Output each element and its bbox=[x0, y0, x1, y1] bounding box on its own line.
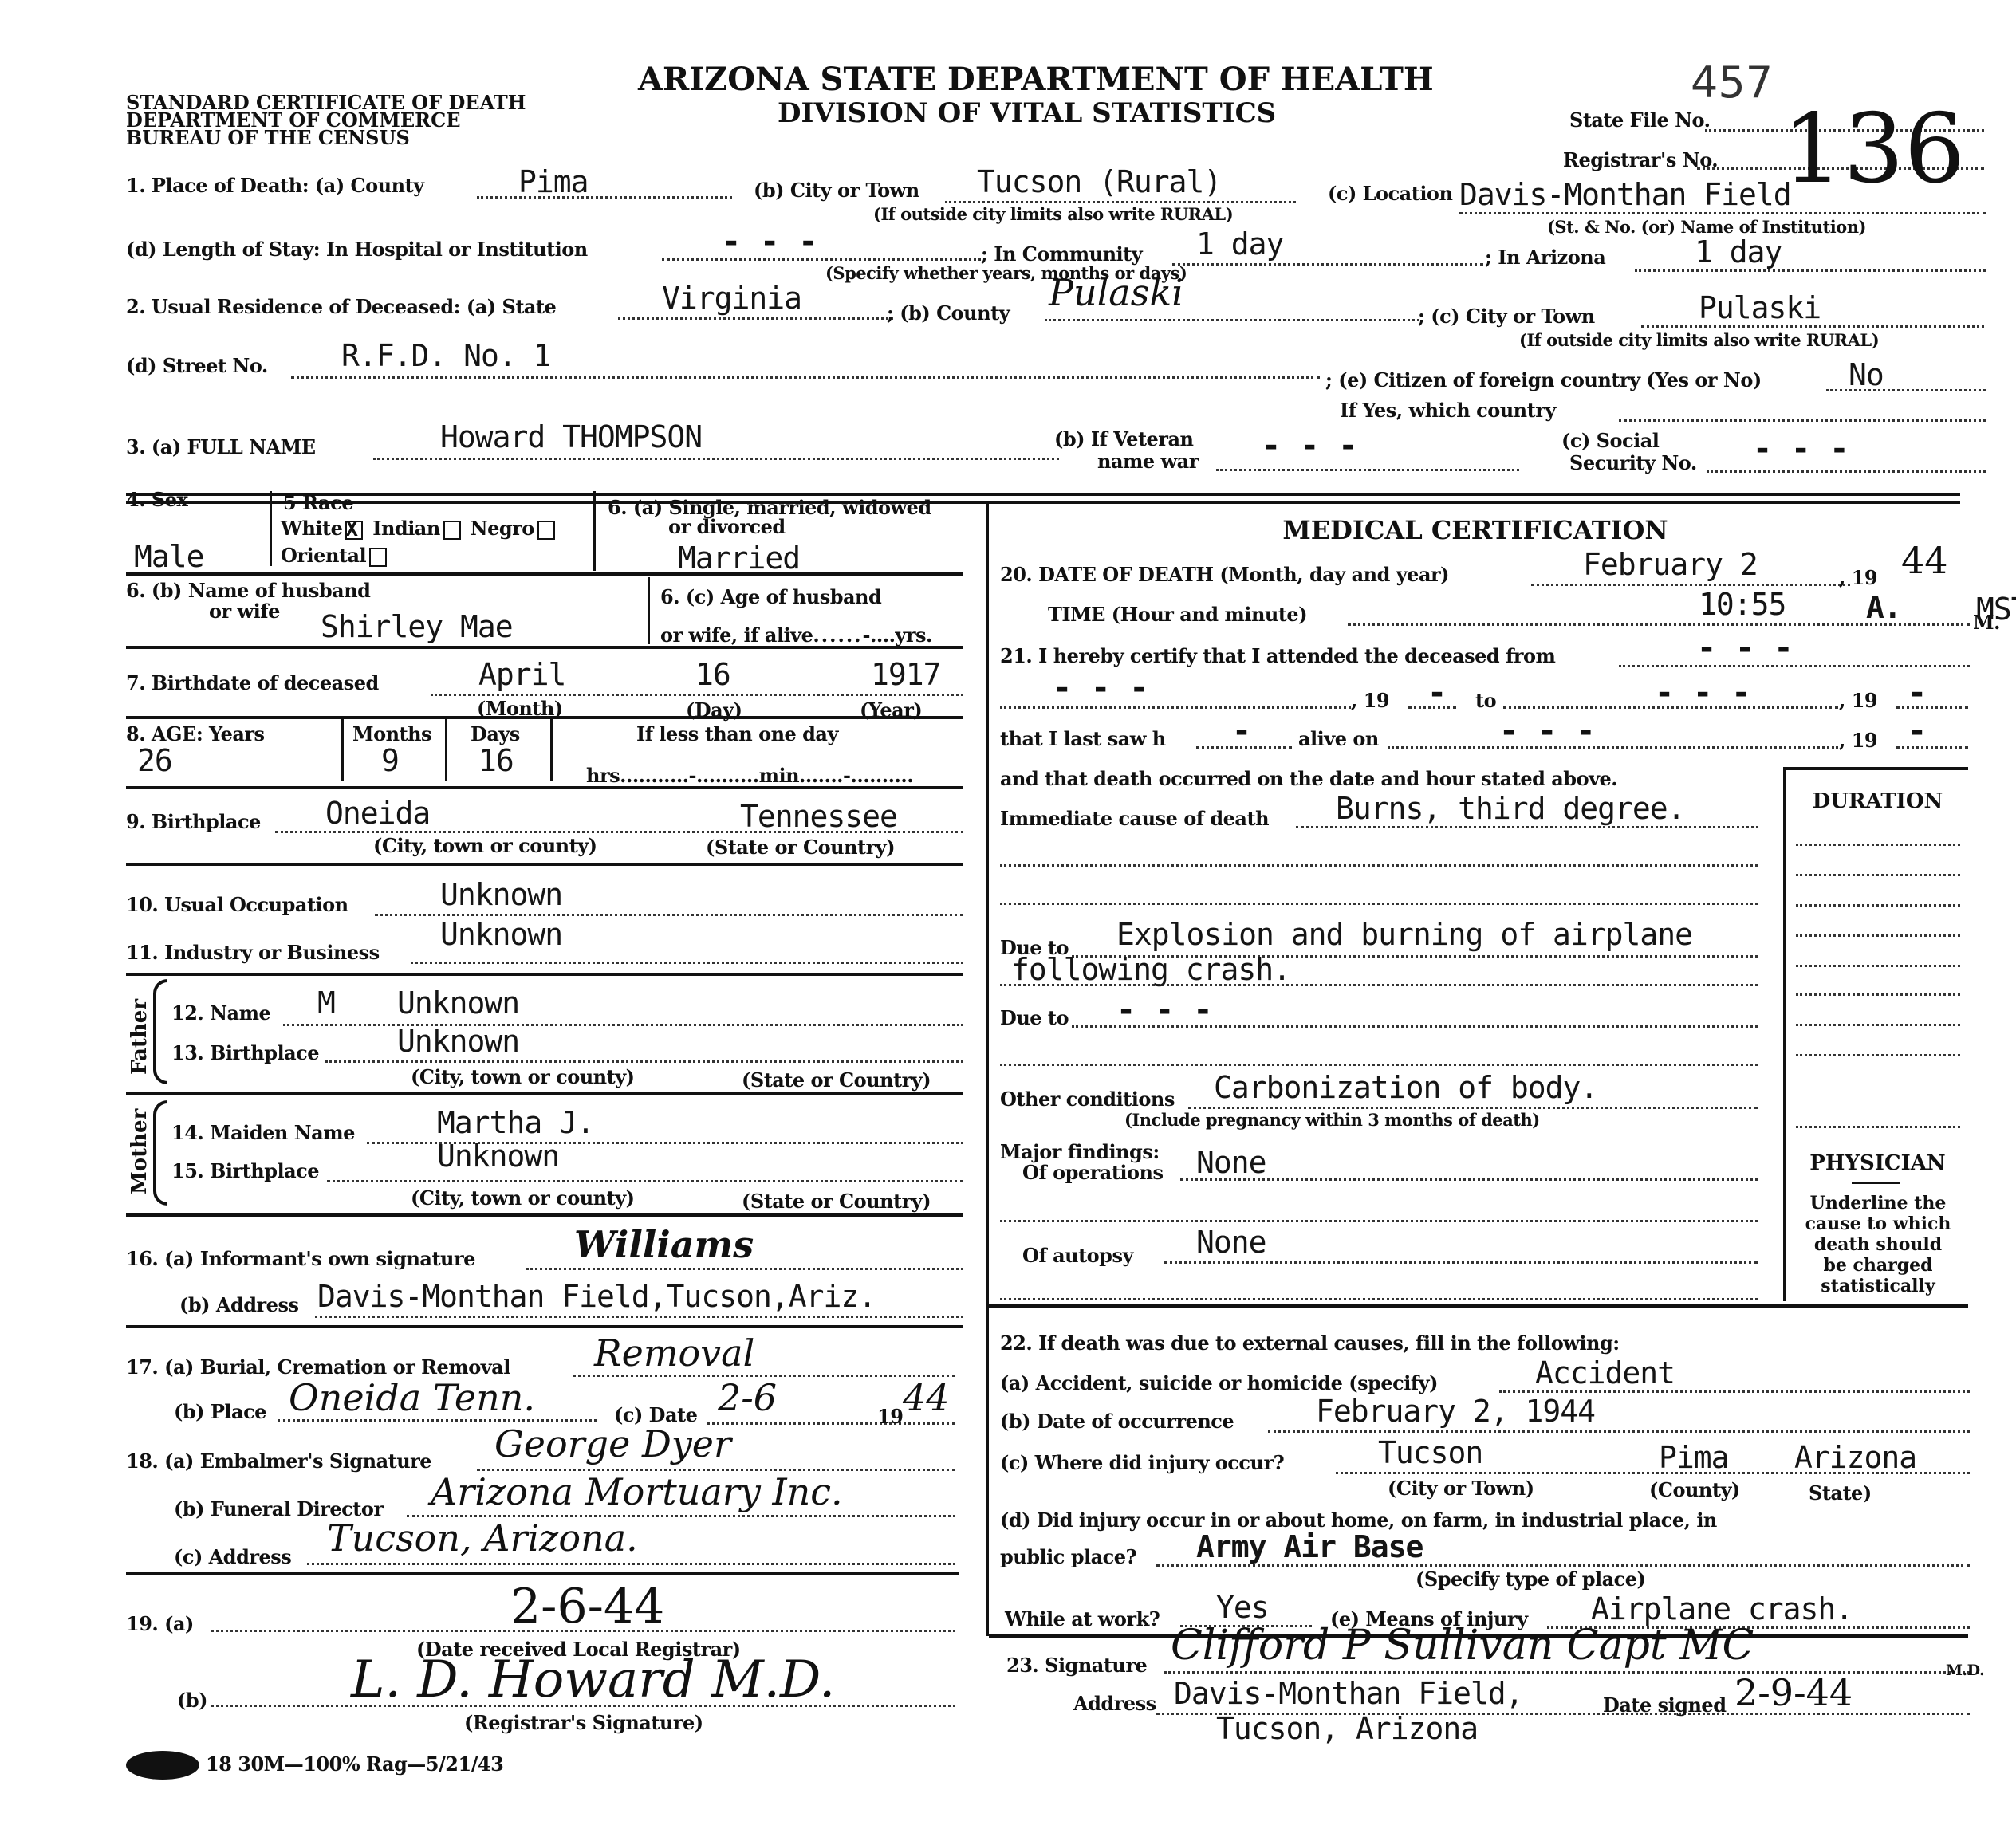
industry-value: Unknown bbox=[440, 917, 562, 952]
alive-on-label: alive on bbox=[1298, 727, 1379, 750]
full-name-value: Howard THOMPSON bbox=[440, 419, 702, 454]
age-months-label: Months bbox=[352, 722, 431, 745]
injury-city-caption: (City or Town) bbox=[1388, 1477, 1534, 1500]
date-of-occurrence-label: (b) Date of occurrence bbox=[1000, 1410, 1234, 1433]
city-or-town-label: (b) City or Town bbox=[754, 179, 919, 202]
race-options: White Indian Negro bbox=[281, 517, 558, 540]
length-of-stay-label: (d) Length of Stay: In Hospital or Insti… bbox=[126, 238, 588, 261]
embalmer-signature-label: 18. (a) Embalmer's Signature bbox=[126, 1449, 431, 1473]
spouse-age-label: 6. (c) Age of husband bbox=[660, 585, 881, 608]
race-indian-checkbox[interactable] bbox=[443, 521, 461, 540]
mother-group-label: Mother bbox=[128, 1109, 152, 1194]
residence-county-label: ; (b) County bbox=[887, 301, 1010, 324]
time-am-pm: A. bbox=[1866, 590, 1901, 625]
while-at-work-label: While at work? bbox=[1005, 1607, 1160, 1630]
attended-to-year: - bbox=[1908, 675, 1927, 711]
time-of-death-value: 10:55 bbox=[1699, 587, 1786, 622]
alive-year: - bbox=[1908, 713, 1927, 749]
autopsy-value: None bbox=[1196, 1225, 1266, 1260]
funeral-address-label: (c) Address bbox=[174, 1545, 291, 1568]
embalmer-signature: George Dyer bbox=[494, 1422, 731, 1465]
burial-year-value: 44 bbox=[903, 1376, 950, 1419]
father-birthplace-label: 13. Birthplace bbox=[171, 1041, 319, 1064]
ssn-label-2: Security No. bbox=[1569, 451, 1697, 474]
birthplace-state: Tennessee bbox=[740, 799, 897, 834]
injury-place-value: Army Air Base bbox=[1196, 1529, 1423, 1564]
registrar-signature-label: (b) bbox=[177, 1689, 207, 1712]
veteran-war-label: name war bbox=[1097, 450, 1199, 473]
attended-from-value-2: - - - bbox=[1053, 670, 1148, 706]
father-name-value: Unknown bbox=[397, 985, 519, 1021]
place-of-death-location: Davis-Monthan Field bbox=[1459, 177, 1791, 212]
injury-county: Pima bbox=[1659, 1440, 1729, 1475]
industry-label: 11. Industry or Business bbox=[126, 941, 380, 964]
document-title: ARIZONA STATE DEPARTMENT OF HEALTH bbox=[638, 61, 1434, 98]
certifier-signature: Clifford P Sullivan Capt MC bbox=[1171, 1622, 1754, 1670]
certifier-md-suffix: M.D. bbox=[1946, 1662, 1984, 1679]
father-name-label: 12. Name bbox=[171, 1001, 270, 1025]
foreign-citizen-value: No bbox=[1849, 357, 1884, 392]
alive-on-value: - - - bbox=[1499, 713, 1595, 749]
place-type-caption: (Specify type of place) bbox=[1416, 1567, 1645, 1591]
union-label-seal-icon bbox=[126, 1751, 199, 1780]
injury-location-label: (c) Where did injury occur? bbox=[1000, 1451, 1284, 1474]
minutes-value: - bbox=[843, 764, 850, 787]
duration-title: DURATION bbox=[1788, 789, 1967, 813]
certifier-signature-label: 23. Signature bbox=[1006, 1654, 1147, 1677]
mother-birthplace-label: 15. Birthplace bbox=[171, 1159, 319, 1182]
registrar-number-value: 136 bbox=[1782, 94, 1965, 205]
father-group-label: Father bbox=[128, 999, 152, 1075]
last-saw-pronoun: - bbox=[1232, 713, 1251, 749]
date-of-death-year: 44 bbox=[1901, 539, 1948, 582]
autopsy-label: Of autopsy bbox=[1022, 1244, 1133, 1267]
informant-address-label: (b) Address bbox=[179, 1293, 298, 1316]
attended-label: 21. I hereby certify that I attended the… bbox=[1000, 644, 1555, 667]
pregnancy-note: (Include pregnancy within 3 months of de… bbox=[1124, 1110, 1540, 1130]
major-findings-label: Major findings: bbox=[1000, 1140, 1160, 1163]
operations-value: None bbox=[1196, 1145, 1266, 1180]
race-indian-label: Indian bbox=[372, 517, 440, 540]
residence-city: Pulaski bbox=[1699, 290, 1821, 325]
death-stated-label: and that death occurred on the date and … bbox=[1000, 767, 1617, 790]
informant-address: Davis-Monthan Field,Tucson,Ariz. bbox=[317, 1279, 876, 1314]
funeral-address-value: Tucson, Arizona. bbox=[327, 1516, 638, 1560]
sex-label: 4. Sex bbox=[126, 488, 187, 511]
father-birthplace-value: Unknown bbox=[397, 1024, 519, 1059]
ssn-label: (c) Social bbox=[1561, 429, 1659, 452]
injury-county-caption: (County) bbox=[1649, 1478, 1740, 1501]
street-number-value: R.F.D. No. 1 bbox=[341, 338, 551, 373]
burial-date-value: 2-6 bbox=[718, 1376, 777, 1419]
spouse-name-label: 6. (b) Name of husband bbox=[126, 579, 370, 602]
physician-note: Underline the cause to which death shoul… bbox=[1790, 1193, 1967, 1296]
community-label: ; In Community bbox=[981, 242, 1142, 265]
attended-to-label: to bbox=[1475, 689, 1496, 712]
date-of-death-year-prefix: , 19 bbox=[1839, 566, 1877, 589]
race-white-label: White bbox=[281, 517, 342, 540]
spouse-name-value: Shirley Mae bbox=[321, 609, 513, 644]
date-signed-label: Date signed bbox=[1603, 1693, 1726, 1717]
residence-label: 2. Usual Residence of Deceased: (a) Stat… bbox=[126, 295, 556, 318]
funeral-director-value: Arizona Mortuary Inc. bbox=[431, 1470, 843, 1513]
manner-of-death-value: Accident bbox=[1535, 1355, 1675, 1390]
veteran-label: (b) If Veteran bbox=[1054, 427, 1193, 450]
birthplace-city-caption: (City, town or county) bbox=[373, 834, 597, 857]
mother-birthplace-value: Unknown bbox=[437, 1139, 559, 1174]
state-file-value: 457 bbox=[1691, 57, 1773, 108]
time-zone: MST bbox=[1976, 592, 2016, 627]
other-conditions-value: Carbonization of body. bbox=[1214, 1070, 1597, 1105]
operations-label: Of operations bbox=[1022, 1161, 1164, 1184]
attended-year-prefix: , 19 bbox=[1351, 689, 1389, 712]
date-of-death-value: February 2 bbox=[1583, 547, 1758, 582]
residence-state: Virginia bbox=[662, 281, 801, 316]
birth-month: April bbox=[478, 657, 565, 692]
arizona-stay-value: 1 day bbox=[1695, 234, 1782, 269]
father-state-caption: (State or Country) bbox=[742, 1068, 931, 1091]
disposition-value: Removal bbox=[594, 1331, 754, 1375]
age-months-value: 9 bbox=[381, 743, 399, 778]
spouse-name-label-2: or wife bbox=[209, 600, 280, 623]
race-oriental-checkbox[interactable] bbox=[369, 548, 387, 567]
external-causes-intro: 22. If death was due to external causes,… bbox=[1000, 1331, 1620, 1355]
occupation-value: Unknown bbox=[440, 877, 562, 912]
burial-place-label: (b) Place bbox=[174, 1400, 266, 1423]
state-file-label: State File No. bbox=[1569, 108, 1710, 132]
full-name-label: 3. (a) FULL NAME bbox=[126, 435, 316, 458]
community-stay-value: 1 day bbox=[1196, 226, 1283, 262]
certifier-address-line-2: Tucson, Arizona bbox=[1216, 1711, 1478, 1746]
veteran-value: - - - bbox=[1262, 427, 1357, 464]
date-received-value: 2-6-44 bbox=[510, 1579, 664, 1634]
father-city-caption: (City, town or county) bbox=[411, 1065, 635, 1088]
due-to-value-2: - - - bbox=[1116, 992, 1212, 1029]
which-country-label: If Yes, which country bbox=[1340, 399, 1556, 422]
ssn-value: - - - bbox=[1753, 431, 1849, 467]
race-negro-checkbox[interactable] bbox=[537, 521, 555, 540]
occupation-label: 10. Usual Occupation bbox=[126, 893, 348, 916]
form-code: 18 30M—100% Rag—5/21/43 bbox=[206, 1752, 503, 1776]
hospital-stay-value: - - - bbox=[722, 223, 817, 260]
informant-signature: Williams bbox=[574, 1223, 754, 1266]
attended-to-value: - - - bbox=[1655, 675, 1750, 711]
registrar-signature-caption: (Registrar's Signature) bbox=[464, 1711, 703, 1734]
immediate-cause-label: Immediate cause of death bbox=[1000, 807, 1269, 830]
residence-city-label: ; (c) City or Town bbox=[1418, 305, 1595, 328]
attended-from-value: - - - bbox=[1697, 630, 1793, 667]
sex-value: Male bbox=[134, 539, 204, 574]
birthdate-label: 7. Birthdate of deceased bbox=[126, 671, 379, 694]
registrar-number-label: Registrar's No. bbox=[1563, 148, 1718, 171]
age-days-value: 16 bbox=[478, 743, 514, 778]
in-arizona-label: ; In Arizona bbox=[1485, 246, 1605, 269]
manner-of-death-label: (a) Accident, suicide or homicide (speci… bbox=[1000, 1371, 1438, 1394]
city-rural-note: (If outside city limits also write RURAL… bbox=[873, 204, 1233, 224]
hours-minutes: hrs...........-..........min.......-....… bbox=[586, 764, 913, 787]
header-line-3: BUREAU OF THE CENSUS bbox=[126, 129, 526, 147]
informant-signature-label: 16. (a) Informant's own signature bbox=[126, 1247, 475, 1270]
date-signed-value: 2-9-44 bbox=[1734, 1671, 1853, 1714]
due-to-value-1-cont: following crash. bbox=[1011, 952, 1290, 987]
attended-from-year: - bbox=[1427, 675, 1447, 711]
less-than-day-label: If less than one day bbox=[636, 722, 838, 745]
certifier-address-line-1: Davis-Monthan Field, bbox=[1174, 1676, 1523, 1711]
race-oriental-label: Oriental bbox=[281, 544, 366, 567]
immediate-cause-value: Burns, third degree. bbox=[1336, 791, 1685, 826]
physician-title: PHYSICIAN bbox=[1788, 1151, 1967, 1175]
registrar-signature: L. D. Howard M.D. bbox=[351, 1650, 835, 1709]
due-to-label-2: Due to bbox=[1000, 1006, 1069, 1029]
race-negro-label: Negro bbox=[471, 517, 534, 540]
mother-maiden-name-value: Martha J. bbox=[437, 1105, 594, 1140]
residence-county: Pulaski bbox=[1049, 271, 1183, 314]
last-saw-label: that I last saw h bbox=[1000, 727, 1166, 750]
injury-state: Arizona bbox=[1794, 1440, 1916, 1475]
date-received-label: 19. (a) bbox=[126, 1612, 194, 1635]
birth-day: 16 bbox=[695, 657, 730, 692]
alive-year-prefix: , 19 bbox=[1839, 729, 1877, 752]
age-days-label: Days bbox=[471, 722, 520, 745]
foreign-citizen-label: ; (e) Citizen of foreign country (Yes or… bbox=[1325, 368, 1762, 391]
certifier-address-label: Address bbox=[1073, 1692, 1156, 1715]
spouse-age-value: - bbox=[863, 623, 870, 647]
birth-year: 1917 bbox=[871, 657, 941, 692]
injury-city: Tucson bbox=[1378, 1435, 1482, 1470]
injury-state-caption: State) bbox=[1809, 1481, 1872, 1504]
while-at-work-value: Yes bbox=[1216, 1590, 1269, 1625]
father-name-prefix: M bbox=[317, 985, 335, 1021]
birthplace-state-caption: (State or Country) bbox=[706, 836, 895, 859]
medical-certification-title: MEDICAL CERTIFICATION bbox=[989, 515, 1962, 545]
time-of-death-label: TIME (Hour and minute) bbox=[1048, 603, 1307, 626]
race-label: 5 Race bbox=[283, 491, 353, 514]
age-years-value: 26 bbox=[137, 743, 172, 778]
spouse-age-label-2: or wife, if alive......-....yrs. bbox=[660, 623, 932, 647]
mother-city-caption: (City, town or county) bbox=[411, 1186, 635, 1209]
federal-header: STANDARD CERTIFICATE OF DEATH DEPARTMENT… bbox=[126, 94, 526, 147]
hours-value: - bbox=[689, 764, 696, 787]
injury-place-type-label: (d) Did injury occur in or about home, o… bbox=[1000, 1508, 1717, 1532]
place-of-death-city: Tucson (Rural) bbox=[977, 164, 1221, 199]
mother-maiden-name-label: 14. Maiden Name bbox=[171, 1121, 355, 1144]
birthplace-city: Oneida bbox=[325, 796, 430, 831]
location-label: (c) Location bbox=[1328, 182, 1452, 205]
age-years-label: 8. AGE: Years bbox=[126, 722, 265, 745]
place-of-death-label: 1. Place of Death: (a) County bbox=[126, 174, 424, 197]
place-of-death-county: Pima bbox=[518, 164, 589, 199]
disposition-label: 17. (a) Burial, Cremation or Removal bbox=[126, 1355, 510, 1379]
attended-to-year-prefix: , 19 bbox=[1839, 689, 1877, 712]
street-number-label: (d) Street No. bbox=[126, 354, 268, 377]
race-oriental-option: Oriental bbox=[281, 544, 390, 567]
date-of-occurrence-value: February 2, 1944 bbox=[1316, 1394, 1595, 1429]
birthplace-label: 9. Birthplace bbox=[126, 810, 261, 833]
date-of-death-label: 20. DATE OF DEATH (Month, day and year) bbox=[1000, 563, 1449, 586]
due-to-value-1: Explosion and burning of airplane bbox=[1116, 917, 1692, 952]
marital-status-label-2: or divorced bbox=[668, 515, 786, 538]
document-subtitle: DIVISION OF VITAL STATISTICS bbox=[778, 97, 1276, 129]
burial-place-value: Oneida Tenn. bbox=[289, 1376, 535, 1419]
public-place-label: public place? bbox=[1000, 1545, 1136, 1568]
race-white-checkbox[interactable] bbox=[345, 521, 363, 540]
marital-status-value: Married bbox=[678, 541, 800, 576]
residence-rural-note: (If outside city limits also write RURAL… bbox=[1519, 330, 1879, 350]
other-conditions-label: Other conditions bbox=[1000, 1088, 1175, 1111]
mother-state-caption: (State or Country) bbox=[742, 1190, 931, 1213]
burial-year-prefix: 19 bbox=[877, 1405, 903, 1428]
